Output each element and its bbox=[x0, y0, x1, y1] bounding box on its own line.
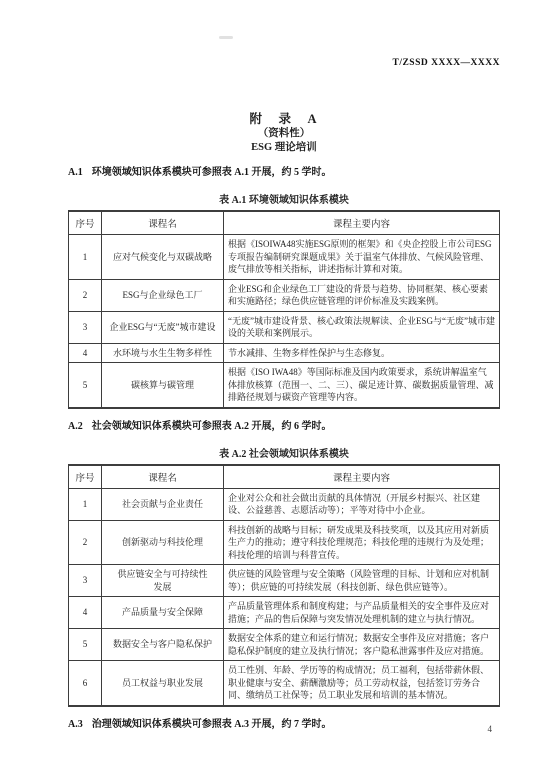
row-number: 5 bbox=[69, 363, 102, 408]
table-row: 2ESG与企业绿色工厂企业ESG和企业绿色工厂建设的背景与趋势、协同框架、核心要… bbox=[69, 279, 500, 311]
table-a1-head: 序号课程名课程主要内容 bbox=[69, 211, 500, 235]
clause-a1: A.1环境领域知识体系模块可参照表 A.1 开展，约 5 学时。 bbox=[68, 166, 500, 179]
column-header: 课程主要内容 bbox=[224, 465, 500, 489]
page-content: T/ZSSD XXXX—XXXX 附 录 A （资料性） ESG 理论培训 A.… bbox=[68, 58, 500, 731]
row-number: 1 bbox=[69, 488, 102, 520]
course-content: 节水减排、生物多样性保护与生态修复。 bbox=[224, 343, 500, 363]
table-row: 4水环境与水生生物多样性节水减排、生物多样性保护与生态修复。 bbox=[69, 343, 500, 363]
table-a2-caption: 表 A.2 社会领域知识体系模块 bbox=[68, 445, 500, 460]
course-name: 碳核算与碳管理 bbox=[102, 363, 224, 408]
table-row: 1应对气候变化与双碳战略根据《ISOIWA48实施ESG原则的框架》和《央企控股… bbox=[69, 235, 500, 280]
column-header: 课程名 bbox=[102, 465, 224, 489]
table-a1-body: 1应对气候变化与双碳战略根据《ISOIWA48实施ESG原则的框架》和《央企控股… bbox=[69, 235, 500, 408]
course-name: 供应链安全与可持续性 发展 bbox=[102, 565, 224, 597]
table-row: 4产品质量与安全保障产品质量管理体系和制度构建；与产品质量相关的安全事件及应对措… bbox=[69, 597, 500, 629]
course-content: 企业ESG和企业绿色工厂建设的背景与趋势、协同框架、核心要素和实施路径；绿色供应… bbox=[224, 279, 500, 311]
clause-a2-text: 社会领域知识体系模块可参照表 A.2 开展，约 6 学时。 bbox=[92, 421, 332, 432]
column-header: 序号 bbox=[69, 211, 102, 235]
appendix-subject: ESG 理论培训 bbox=[68, 141, 500, 155]
standard-number: T/ZSSD XXXX—XXXX bbox=[68, 58, 500, 68]
course-content: 科技创新的战略与目标；研发成果及科技奖项，以及其应用对新质生产力的推动；遵守科技… bbox=[224, 520, 500, 565]
course-name: 创新驱动与科技伦理 bbox=[102, 520, 224, 565]
row-number: 2 bbox=[69, 520, 102, 565]
course-name: ESG与企业绿色工厂 bbox=[102, 279, 224, 311]
table-a2-head: 序号课程名课程主要内容 bbox=[69, 465, 500, 489]
course-content: 供应链的风险管理与安全策略（风险管理的目标、计划和应对机制等）；供应链的可持续发… bbox=[224, 565, 500, 597]
clause-a2: A.2社会领域知识体系模块可参照表 A.2 开展，约 6 学时。 bbox=[68, 420, 500, 433]
appendix-title: 附 录 A bbox=[68, 112, 500, 127]
table-a2-body: 1社会贡献与企业责任企业对公众和社会做出贡献的具体情况（开展乡村振兴、社区建设、… bbox=[69, 488, 500, 706]
course-content: 数据安全体系的建立和运行情况；数据安全事件及应对措施；客户隐私保护制度的建立及执… bbox=[224, 629, 500, 661]
appendix-title-block: 附 录 A （资料性） ESG 理论培训 bbox=[68, 112, 500, 155]
course-name: 企业ESG与“无废”城市建设 bbox=[102, 311, 224, 343]
course-name: 数据安全与客户隐私保护 bbox=[102, 629, 224, 661]
row-number: 4 bbox=[69, 343, 102, 363]
scan-artifact bbox=[219, 36, 233, 39]
clause-a3: A.3治理领域知识体系模块可参照表 A.3 开展，约 7 学时。 bbox=[68, 718, 500, 731]
course-name: 应对气候变化与双碳战略 bbox=[102, 235, 224, 280]
row-number: 5 bbox=[69, 629, 102, 661]
course-content: 根据《ISOIWA48实施ESG原则的框架》和《央企控股上市公司ESG专项报告编… bbox=[224, 235, 500, 280]
appendix-type: （资料性） bbox=[68, 127, 500, 141]
table-a1: 序号课程名课程主要内容 1应对气候变化与双碳战略根据《ISOIWA48实施ESG… bbox=[68, 210, 500, 409]
row-number: 3 bbox=[69, 565, 102, 597]
course-content: 根据《ISO IWA48》等国际标准及国内政策要求，系统讲解温室气体排放核算（范… bbox=[224, 363, 500, 408]
course-content: 员工性别、年龄、学历等的构成情况；员工福利，包括带薪休假、职业健康与安全、薪酬激… bbox=[224, 661, 500, 706]
table-row: 6员工权益与职业发展员工性别、年龄、学历等的构成情况；员工福利，包括带薪休假、职… bbox=[69, 661, 500, 706]
clause-a1-text: 环境领域知识体系模块可参照表 A.1 开展，约 5 学时。 bbox=[92, 167, 332, 178]
table-row: 3供应链安全与可持续性 发展供应链的风险管理与安全策略（风险管理的目标、计划和应… bbox=[69, 565, 500, 597]
course-content: “无废”城市建设背景、核心政策法规解读、企业ESG与“无废”城市建设的关联和案例… bbox=[224, 311, 500, 343]
row-number: 3 bbox=[69, 311, 102, 343]
row-number: 2 bbox=[69, 279, 102, 311]
row-number: 4 bbox=[69, 597, 102, 629]
table-row: 1社会贡献与企业责任企业对公众和社会做出贡献的具体情况（开展乡村振兴、社区建设、… bbox=[69, 488, 500, 520]
row-number: 6 bbox=[69, 661, 102, 706]
column-header: 序号 bbox=[69, 465, 102, 489]
course-name: 产品质量与安全保障 bbox=[102, 597, 224, 629]
table-a1-caption: 表 A.1 环境领域知识体系模块 bbox=[68, 191, 500, 206]
course-content: 产品质量管理体系和制度构建；与产品质量相关的安全事件及应对措施；产品的售后保障与… bbox=[224, 597, 500, 629]
clause-a1-label: A.1 bbox=[68, 167, 83, 178]
table-row: 3企业ESG与“无废”城市建设“无废”城市建设背景、核心政策法规解读、企业ESG… bbox=[69, 311, 500, 343]
course-name: 水环境与水生生物多样性 bbox=[102, 343, 224, 363]
clause-a2-label: A.2 bbox=[68, 421, 83, 432]
row-number: 1 bbox=[69, 235, 102, 280]
course-name: 社会贡献与企业责任 bbox=[102, 488, 224, 520]
table-row: 5数据安全与客户隐私保护数据安全体系的建立和运行情况；数据安全事件及应对措施；客… bbox=[69, 629, 500, 661]
course-content: 企业对公众和社会做出贡献的具体情况（开展乡村振兴、社区建设、公益慈善、志愿活动等… bbox=[224, 488, 500, 520]
table-row: 2创新驱动与科技伦理科技创新的战略与目标；研发成果及科技奖项，以及其应用对新质生… bbox=[69, 520, 500, 565]
clause-a3-text: 治理领域知识体系模块可参照表 A.3 开展，约 7 学时。 bbox=[92, 719, 332, 730]
column-header: 课程名 bbox=[102, 211, 224, 235]
table-a2: 序号课程名课程主要内容 1社会贡献与企业责任企业对公众和社会做出贡献的具体情况（… bbox=[68, 464, 500, 707]
course-name: 员工权益与职业发展 bbox=[102, 661, 224, 706]
page-number: 4 bbox=[488, 724, 493, 734]
clause-a3-label: A.3 bbox=[68, 719, 83, 730]
document-page: T/ZSSD XXXX—XXXX 附 录 A （资料性） ESG 理论培训 A.… bbox=[0, 0, 552, 780]
column-header: 课程主要内容 bbox=[224, 211, 500, 235]
table-row: 5碳核算与碳管理根据《ISO IWA48》等国际标准及国内政策要求，系统讲解温室… bbox=[69, 363, 500, 408]
